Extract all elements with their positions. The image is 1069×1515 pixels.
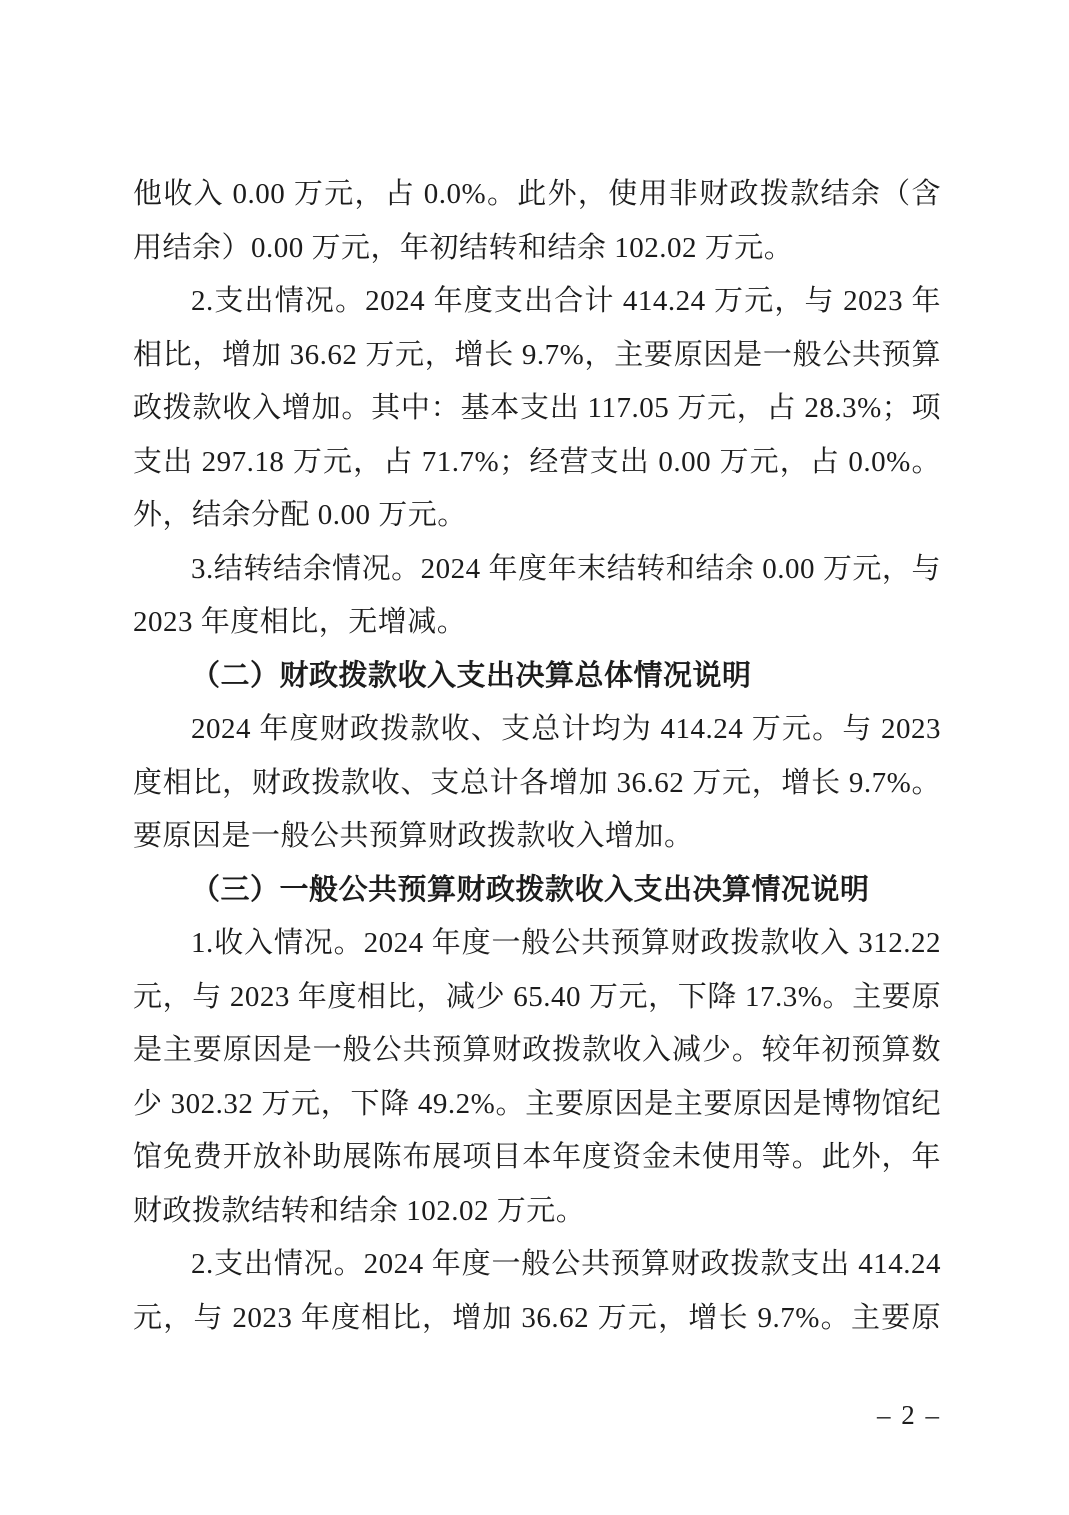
body-line: 元，与 2023 年度相比，增加 36.62 万元，增长 9.7%。主要原因 — [133, 1292, 941, 1346]
body-line: 他收入 0.00 万元，占 0.0%。此外，使用非财政拨款结余（含专 — [133, 168, 941, 222]
page-number: – 2 – — [877, 1399, 941, 1431]
body-line: 1.收入情况。2024 年度一般公共预算财政拨款收入 312.22 万 — [133, 917, 941, 971]
section-heading: （二）财政拨款收入支出决算总体情况说明 — [133, 650, 941, 704]
body-line: 度相比，财政拨款收、支总计各增加 36.62 万元，增长 9.7%。主 — [133, 757, 941, 811]
body-line: 政拨款收入增加。其中：基本支出 117.05 万元，占 28.3%；项目 — [133, 382, 941, 436]
body-line: 用结余）0.00 万元，年初结转和结余 102.02 万元。 — [133, 222, 941, 276]
body-line: 相比，增加 36.62 万元，增长 9.7%，主要原因是一般公共预算财 — [133, 329, 941, 383]
body-line: 2024 年度财政拨款收、支总计均为 414.24 万元。与 2023 年 — [133, 703, 941, 757]
body-line: 2.支出情况。2024 年度一般公共预算财政拨款支出 414.24 万 — [133, 1238, 941, 1292]
body-line: 少 302.32 万元，下降 49.2%。主要原因是主要原因是博物馆纪念 — [133, 1078, 941, 1132]
body-line: 馆免费开放补助展陈布展项目本年度资金未使用等。此外，年初 — [133, 1131, 941, 1185]
body-line: 3.结转结余情况。2024 年度年末结转和结余 0.00 万元，与 — [133, 543, 941, 597]
body-line: 财政拨款结转和结余 102.02 万元。 — [133, 1185, 941, 1239]
body-line: 2.支出情况。2024 年度支出合计 414.24 万元，与 2023 年度 — [133, 275, 941, 329]
body-line: 要原因是一般公共预算财政拨款收入增加。 — [133, 810, 941, 864]
body-line: 是主要原因是一般公共预算财政拨款收入减少。较年初预算数减 — [133, 1024, 941, 1078]
body-line: 支出 297.18 万元，占 71.7%；经营支出 0.00 万元，占 0.0%… — [133, 436, 941, 490]
text-column: 他收入 0.00 万元，占 0.0%。此外，使用非财政拨款结余（含专 用结余）0… — [133, 168, 941, 1345]
body-line: 外，结余分配 0.00 万元。 — [133, 489, 941, 543]
document-page: 他收入 0.00 万元，占 0.0%。此外，使用非财政拨款结余（含专 用结余）0… — [0, 0, 1069, 1515]
body-line: 2023 年度相比，无增减。 — [133, 596, 941, 650]
body-line: 元，与 2023 年度相比，减少 65.40 万元，下降 17.3%。主要原因 — [133, 971, 941, 1025]
section-heading: （三）一般公共预算财政拨款收入支出决算情况说明 — [133, 864, 941, 918]
